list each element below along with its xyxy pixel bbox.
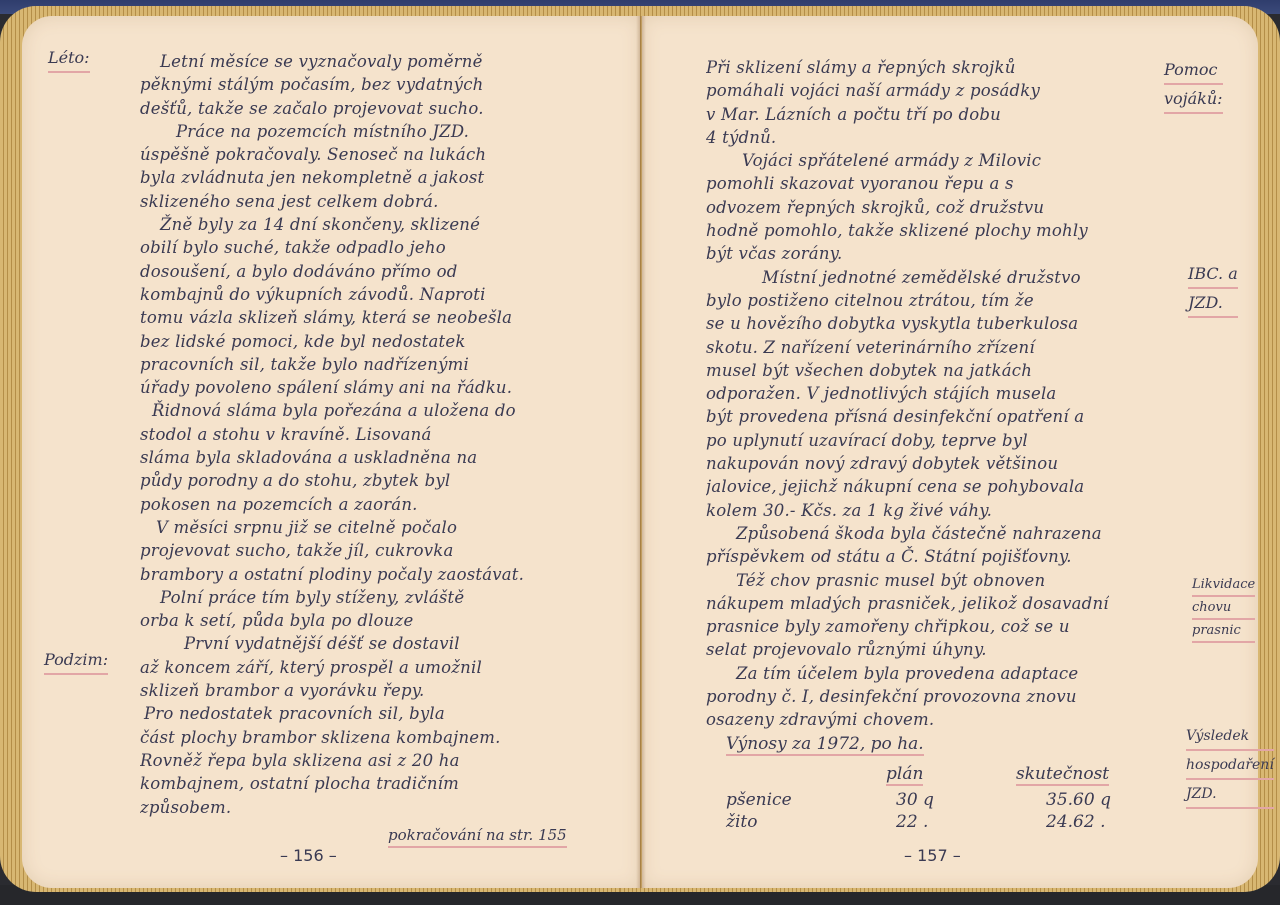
text-line: jalovice, jejichž nákupní cena se pohybo… [706,475,1109,498]
continued-note: pokračování na str. 155 [388,826,567,848]
text-line: nakupován nový zdravý dobytek většinou [706,452,1109,475]
text-line: Též chov prasnic musel být obnoven [706,569,1109,592]
text-line: úspěšně pokračovaly. Senoseč na lukách [140,143,524,166]
text-line: část plochy brambor sklizena kombajnem. [140,726,524,749]
text-line: kolem 30.- Kčs. za 1 kg živé váhy. [706,499,1109,522]
text-line: pomohli skazovat vyoranou řepu a s [706,172,1109,195]
text-line: Rovněž řepa byla sklizena asi z 20 ha [140,749,524,772]
text-line: dešťů, takže se začalo projevovat sucho. [140,97,524,120]
text-line: Řidnová sláma byla pořezána a uložena do [140,399,524,422]
text-line: projevovat sucho, takže jíl, cukrovka [140,539,524,562]
left-page-text: Letní měsíce se vyznačovaly poměrně pěkn… [140,50,524,819]
text-line: selat projevovalo různými úhyny. [706,638,1109,661]
right-page-text: Při sklizení slámy a řepných skrojků pom… [706,56,1109,732]
text-line: osazeny zdravými chovem. [706,708,1109,731]
text-line: Letní měsíce se vyznačovaly poměrně [140,50,524,73]
text-line: být provedena přísná desinfekční opatřen… [706,405,1109,428]
row-plan-rye: 22 . [896,812,928,832]
text-line: Polní práce tím byly stíženy, zvláště [140,586,524,609]
margin-note-pigs: Likvidace chovu prasnic [1192,576,1255,645]
text-line: sláma byla skladována a uskladněna na [140,446,524,469]
text-line: Vojáci spřátelené armády z Milovic [706,149,1109,172]
margin-note-results: Výsledek hospodaření JZD. [1186,724,1274,811]
text-line: nákupem mladých prasniček, jelikož dosav… [706,592,1109,615]
margin-note-military-help: Pomoc vojáků: [1164,58,1223,116]
text-line: První vydatnější déšť se dostavil [140,632,524,655]
text-line: sklizeň brambor a vyorávku řepy. [140,679,524,702]
text-line: hodně pomohlo, takže sklizené plochy moh… [706,219,1109,242]
yields-table: Výnosy za 1972, po ha. plán skutečnost p… [726,734,1166,844]
row-actual-rye: 24.62 . [1046,812,1105,832]
text-line: po uplynutí uzavírací doby, teprve byl [706,429,1109,452]
text-line: způsobem. [140,796,524,819]
text-line: stodol a stohu v kravíně. Lisovaná [140,423,524,446]
text-line: odporažen. V jednotlivých stájích musela [706,382,1109,405]
text-line: Při sklizení slámy a řepných skrojků [706,56,1109,79]
text-line: být včas zorány. [706,242,1109,265]
text-line: pěknými stálým počasím, bez vydatných [140,73,524,96]
yields-title: Výnosy za 1972, po ha. [726,734,924,756]
text-line: Způsobená škoda byla částečně nahrazena [706,522,1109,545]
margin-note-autumn: Podzim: [44,648,108,677]
row-crop-rye: žito [726,812,757,832]
text-line: obilí bylo suché, takže odpadlo jeho [140,236,524,259]
text-line: musel být všechen dobytek na jatkách [706,359,1109,382]
text-line: kombajnem, ostatní plocha tradičním [140,772,524,795]
text-line: dosoušení, a bylo dodáváno přímo od [140,260,524,283]
text-line: až koncem září, který prospěl a umožnil [140,656,524,679]
text-line: bez lidské pomoci, kde byl nedostatek [140,330,524,353]
text-line: brambory a ostatní plodiny počaly zaostá… [140,563,524,586]
row-crop-wheat: pšenice [726,790,792,810]
text-line: tomu vázla sklizeň slámy, která se neobe… [140,306,524,329]
text-line: kombajnů do výkupních závodů. Naproti [140,283,524,306]
text-line: Místní jednotné zemědělské družstvo [706,266,1109,289]
book-gutter [636,16,646,888]
row-actual-wheat: 35.60 q [1046,790,1111,810]
column-header-plan: plán [886,764,923,786]
text-line: úřady povoleno spálení slámy ani na řádk… [140,376,524,399]
margin-note-jzd: IBC. a JZD. [1188,262,1238,320]
text-line: Za tím účelem byla provedena adaptace [706,662,1109,685]
text-line: byla zvládnuta jen nekompletně a jakost [140,166,524,189]
text-line: skotu. Z nařízení veterinárního zřízení [706,336,1109,359]
text-line: pokosen na pozemcích a zaorán. [140,493,524,516]
page-number-right: – 157 – [904,846,961,865]
text-line: se u hovězího dobytka vyskytla tuberkulo… [706,312,1109,335]
row-plan-wheat: 30 q [896,790,934,810]
text-line: pomáhali vojáci naší armády z posádky [706,79,1109,102]
column-header-actual: skutečnost [1016,764,1109,786]
text-line: Práce na pozemcích místního JZD. [140,120,524,143]
margin-note-summer: Léto: [48,46,90,75]
text-line: bylo postiženo citelnou ztrátou, tím že [706,289,1109,312]
text-line: Pro nedostatek pracovních sil, byla [140,702,524,725]
text-line: porodny č. I, desinfekční provozovna zno… [706,685,1109,708]
text-line: sklizeného sena jest celkem dobrá. [140,190,524,213]
text-line: 4 týdnů. [706,126,1109,149]
page-number-left: – 156 – [280,846,337,865]
text-line: Žně byly za 14 dní skončeny, sklizené [140,213,524,236]
text-line: V měsíci srpnu již se citelně počalo [140,516,524,539]
text-line: příspěvkem od státu a Č. Státní pojišťov… [706,545,1109,568]
text-line: prasnice byly zamořeny chřipkou, což se … [706,615,1109,638]
text-line: půdy porodny a do stohu, zbytek byl [140,469,524,492]
text-line: orba k setí, půda byla po dlouze [140,609,524,632]
text-line: pracovních sil, takže bylo nadřízenými [140,353,524,376]
text-line: odvozem řepných skrojků, což družstvu [706,196,1109,219]
text-line: v Mar. Lázních a počtu tří po dobu [706,103,1109,126]
